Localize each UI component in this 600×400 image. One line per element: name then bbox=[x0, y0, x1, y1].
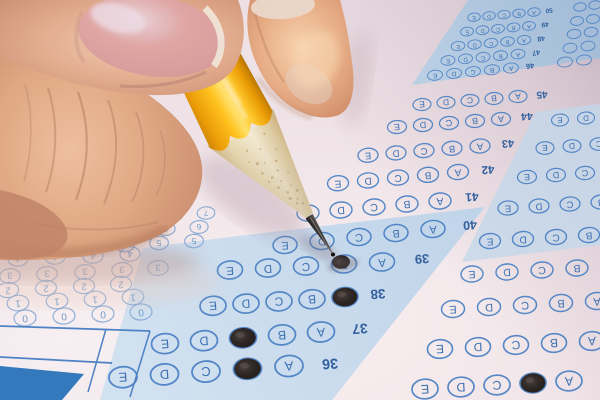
bubble-letter: E bbox=[118, 369, 128, 385]
bubble-letter: B bbox=[573, 262, 581, 274]
question-number: 36 bbox=[321, 354, 338, 371]
question-number: 46 bbox=[525, 61, 534, 71]
wood-speckle bbox=[297, 198, 299, 200]
bubble-letter: B bbox=[403, 198, 411, 210]
bubble-letter: A bbox=[454, 166, 462, 177]
wood-speckle bbox=[286, 191, 289, 194]
bubble-letter: C bbox=[521, 299, 530, 311]
bubble-letter: C bbox=[420, 145, 428, 156]
bubble-letter: D bbox=[535, 200, 543, 211]
bubble-letter: D bbox=[199, 333, 209, 348]
question-number: 50 bbox=[545, 6, 553, 14]
bubble-letter: B bbox=[490, 93, 497, 103]
wood-speckle bbox=[256, 162, 259, 165]
bubble-letter: A bbox=[498, 114, 505, 124]
bubble-letter: A bbox=[377, 256, 386, 269]
wood-speckle bbox=[276, 169, 278, 171]
bubble-letter: B bbox=[557, 297, 565, 309]
bubble-letter: E bbox=[449, 303, 457, 315]
wood-speckle bbox=[276, 148, 278, 150]
question-number: 40 bbox=[463, 218, 478, 233]
question-number: 45 bbox=[536, 88, 548, 100]
bubble-letter: E bbox=[334, 177, 342, 188]
bubble-letter: A bbox=[514, 91, 521, 101]
bubble-letter: C bbox=[492, 378, 502, 392]
question-number: 48 bbox=[537, 34, 546, 42]
bubble-letter: E bbox=[420, 382, 429, 396]
bubble-letter: B bbox=[277, 328, 286, 343]
bubble-letter: C bbox=[274, 294, 284, 309]
wood-speckle bbox=[259, 148, 261, 150]
bubble-letter: B bbox=[424, 169, 432, 180]
wood-speckle bbox=[277, 186, 280, 189]
bubble-letter: E bbox=[364, 149, 371, 160]
bubble-letter: C bbox=[496, 26, 501, 32]
graphite-point bbox=[331, 253, 335, 257]
bubble-letter: D bbox=[392, 147, 400, 158]
bubble-letter: B bbox=[498, 52, 503, 58]
bubble-letter: E bbox=[436, 342, 445, 356]
wood-speckle bbox=[261, 172, 264, 175]
wood-speckle bbox=[287, 172, 289, 174]
bubble-letter: C bbox=[552, 231, 560, 242]
bubble-letter: C bbox=[301, 260, 310, 273]
bubble-letter: A bbox=[436, 195, 444, 207]
bubble-letter: D bbox=[569, 141, 576, 151]
wood-speckle bbox=[246, 150, 248, 152]
bubble-letter: E bbox=[542, 143, 549, 153]
bubble-letter: C bbox=[369, 201, 378, 214]
bubble-letter: B bbox=[448, 143, 455, 154]
bubble-letter: A bbox=[284, 358, 294, 374]
bubble-letter: B bbox=[392, 227, 400, 239]
mark-sheen bbox=[235, 332, 244, 338]
question-number: 39 bbox=[414, 251, 429, 267]
bubble-letter: D bbox=[473, 340, 483, 354]
mark-sheen bbox=[526, 377, 535, 383]
bubble-letter: E bbox=[160, 336, 169, 351]
bubble-letter: E bbox=[505, 202, 512, 213]
bubble-letter: B bbox=[550, 336, 559, 350]
question-number: 44 bbox=[521, 110, 534, 123]
bubble-letter: C bbox=[489, 40, 494, 46]
wood-speckle bbox=[296, 189, 299, 192]
id-digit: 5 bbox=[191, 236, 197, 246]
bubble-letter: D bbox=[443, 97, 450, 107]
wood-speckle bbox=[290, 184, 292, 186]
bubble-letter: D bbox=[364, 175, 372, 186]
bubble-letter: D bbox=[336, 204, 345, 217]
bubble-letter: E bbox=[209, 299, 218, 314]
mark-sheen bbox=[240, 363, 249, 369]
bubble-letter: C bbox=[467, 95, 474, 105]
bubble-letter: D bbox=[241, 296, 251, 311]
question-number: 49 bbox=[541, 20, 549, 28]
bubble-letter: E bbox=[524, 172, 531, 182]
bubble-letter: C bbox=[511, 338, 521, 352]
bubble-letter: C bbox=[201, 364, 211, 380]
bubble-letter: D bbox=[552, 170, 560, 180]
wood-speckle bbox=[271, 176, 274, 179]
bubble-letter: B bbox=[489, 66, 494, 73]
bubble-letter: C bbox=[355, 231, 364, 244]
scene: 46ABCDE47ABCDE48ABCDE49ABCDE50ABCDE 36AB… bbox=[0, 0, 600, 400]
bubble-letter: D bbox=[472, 41, 477, 47]
scantron-photo: 46ABCDE47ABCDE48ABCDE49ABCDE50ABCDE 36AB… bbox=[0, 0, 600, 400]
mark-sheen bbox=[338, 291, 347, 297]
bubble-letter: E bbox=[468, 268, 476, 280]
bubble-letter: A bbox=[516, 51, 521, 57]
bubble-letter: E bbox=[418, 99, 425, 109]
question-number: 37 bbox=[351, 320, 368, 337]
bubble-letter: C bbox=[566, 198, 574, 209]
bubble-letter: A bbox=[588, 334, 597, 348]
bubble-letter: C bbox=[394, 172, 402, 183]
wood-speckle bbox=[268, 181, 270, 183]
bubble-letter: C bbox=[537, 264, 546, 276]
bubble-letter: C bbox=[596, 139, 600, 149]
bubble-letter: B bbox=[585, 229, 593, 240]
wood-speckle bbox=[302, 202, 305, 205]
bubble-letter: A bbox=[564, 374, 574, 388]
question-number: 38 bbox=[370, 286, 387, 302]
bubble-letter: D bbox=[502, 266, 511, 278]
bubble-letter: A bbox=[316, 325, 326, 340]
id-digit: 5 bbox=[156, 238, 162, 248]
bubble-letter: D bbox=[480, 27, 485, 33]
bubble-letter: D bbox=[419, 120, 427, 130]
bubble-letter: E bbox=[394, 122, 401, 132]
bubble-letter: D bbox=[583, 113, 589, 122]
bubble-letter: E bbox=[446, 57, 451, 63]
bubble-letter: D bbox=[519, 233, 527, 244]
bubble-letter: B bbox=[472, 116, 479, 126]
bubble-letter: D bbox=[159, 367, 169, 383]
bubble-letter: C bbox=[445, 118, 453, 128]
bubble-letter: E bbox=[557, 115, 563, 124]
question-number: 43 bbox=[501, 137, 514, 150]
bubble-letter: E bbox=[281, 239, 289, 251]
question-number: 42 bbox=[481, 163, 495, 176]
wood-speckle bbox=[289, 197, 292, 200]
question-number: 41 bbox=[465, 190, 480, 205]
wood-speckle bbox=[264, 162, 266, 164]
bubble-letter: C bbox=[581, 168, 589, 178]
bubble-letter: D bbox=[485, 301, 494, 313]
bubble-letter: B bbox=[308, 292, 317, 307]
wood-speckle bbox=[248, 162, 250, 164]
wood-speckle bbox=[296, 202, 298, 204]
bubble-letter: E bbox=[486, 235, 494, 246]
bubble-letter: D bbox=[263, 262, 272, 275]
question-number: 47 bbox=[532, 48, 541, 56]
wood-speckle bbox=[263, 133, 265, 135]
wood-speckle bbox=[275, 160, 277, 162]
bubble-letter: E bbox=[225, 264, 234, 277]
bubble-letter: D bbox=[456, 380, 466, 394]
wood-speckle bbox=[280, 180, 282, 182]
